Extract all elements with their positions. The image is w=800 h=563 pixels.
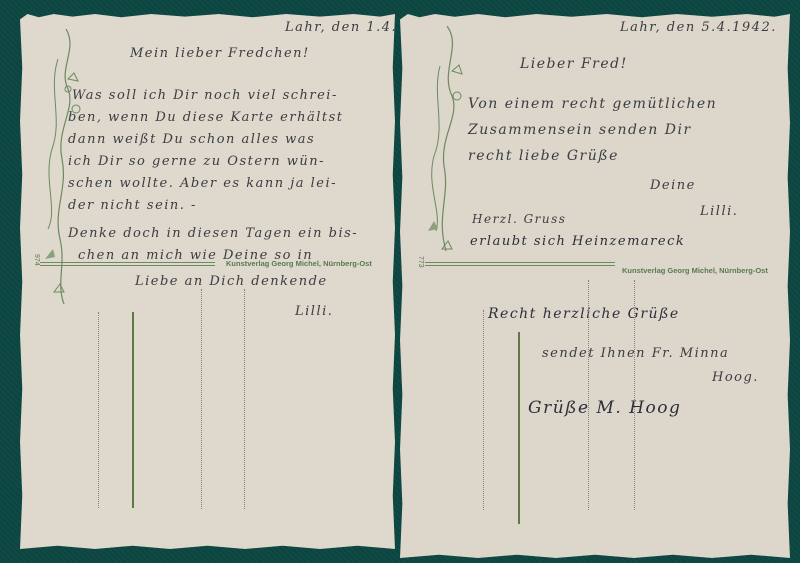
publisher-imprint: Kunstverlag Georg Michel, Nürnberg-Ost [226,259,372,268]
address-area-signature: Grüße M. Hoog [528,398,681,418]
address-area-line: Recht herzliche Grüße [488,306,680,322]
address-area-line: sendet Ihnen Fr. Minna [542,346,729,361]
card-number: 974 [33,254,40,266]
body-line: Was soll ich Dir noch viel schrei- [72,88,338,103]
body-line: der nicht sein. - [68,198,197,213]
signature: Lilli. [700,204,738,219]
salutation: Mein lieber Fredchen! [130,46,310,61]
body-line: schen wollte. Aber es kann ja lei- [68,176,337,191]
signature: Lilli. [295,304,333,319]
postcard-right: Lahr, den 5.4.1942. Lieber Fred! Von ein… [400,14,790,558]
body-line: Von einem recht gemütlichen [468,96,717,112]
salutation: Lieber Fred! [520,56,628,72]
address-dotted-line [634,280,635,510]
stamp-divider-line [518,332,520,524]
address-area-line: Hoog. [712,370,759,385]
closing: Deine [650,178,696,193]
address-dotted-line [483,310,484,510]
floral-vine-decoration-icon [38,29,83,309]
address-dotted-line [201,289,202,509]
date-line: Lahr, den 5.4.1942. [620,20,777,35]
publisher-imprint: Kunstverlag Georg Michel, Nürnberg-Ost [622,266,768,275]
divider-rule [40,262,215,263]
body-line: ben, wenn Du diese Karte erhältst [68,110,343,125]
postcard-left: Lahr, den 1.4.1942. Mein lieber Fredchen… [20,14,395,549]
postscript-line: Herzl. Gruss [472,212,566,226]
divider-rule [425,262,615,263]
card-number: 773 [417,256,424,268]
body-line: ich Dir so gerne zu Ostern wün- [68,154,325,169]
divider-rule [40,265,215,266]
body-line: dann weißt Du schon alles was [68,132,315,147]
divider-rule [425,265,615,266]
body-line: Liebe an Dich denkende [135,274,328,289]
body-line: Zusammensein senden Dir [468,122,692,138]
stamp-divider-line [132,312,134,508]
body-line: Denke doch in diesen Tagen ein bis- [68,226,358,241]
address-dotted-line [244,289,245,509]
postscript-line: erlaubt sich Heinzemareck [470,234,685,249]
floral-vine-decoration-icon [422,26,472,256]
address-dotted-line [588,280,589,510]
body-line: recht liebe Grüße [468,148,619,164]
address-dotted-line [98,312,99,508]
